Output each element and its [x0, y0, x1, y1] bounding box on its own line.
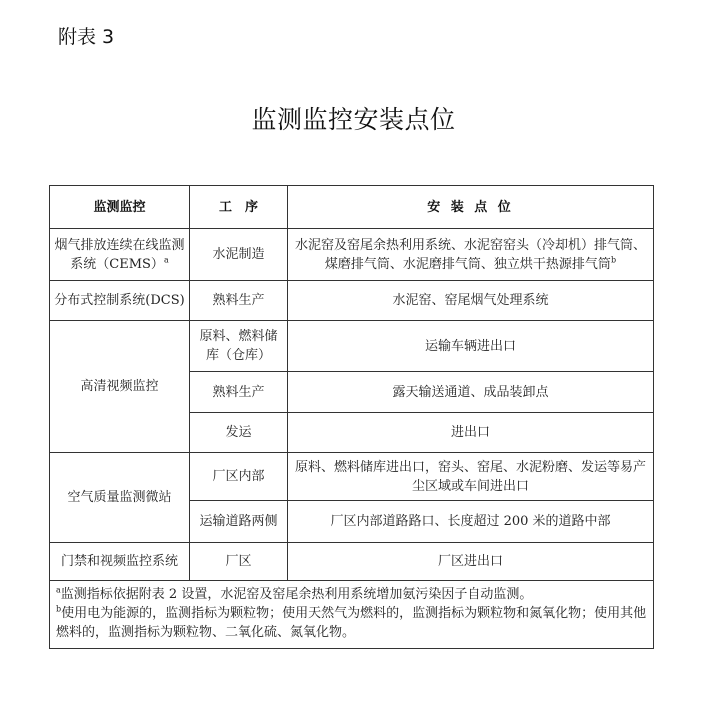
header-process: 工 序 [190, 186, 288, 229]
note-a: a监测指标依据附表 2 设置，水泥窑及窑尾余热利用系统增加氨污染因子自动监测。 [56, 585, 647, 604]
table-row: 分布式控制系统(DCS) 熟料生产 水泥窑、窑尾烟气处理系统 [50, 281, 654, 321]
header-location: 安 装 点 位 [288, 186, 654, 229]
cell-process: 运输道路两侧 [190, 501, 288, 543]
cell-process: 厂区内部 [190, 453, 288, 501]
table-notes-row: a监测指标依据附表 2 设置，水泥窑及窑尾余热利用系统增加氨污染因子自动监测。 … [50, 581, 654, 649]
table-row: 门禁和视频监控系统 厂区 厂区进出口 [50, 543, 654, 581]
header-monitor: 监测监控 [50, 186, 190, 229]
cell-process: 水泥制造 [190, 229, 288, 281]
cell-location: 运输车辆进出口 [288, 321, 654, 372]
cell-monitor: 分布式控制系统(DCS) [50, 281, 190, 321]
cell-process: 原料、燃料储库（仓库） [190, 321, 288, 372]
cell-location: 厂区内部道路路口、长度超过 200 米的道路中部 [288, 501, 654, 543]
monitoring-table: 监测监控 工 序 安 装 点 位 烟气排放连续在线监测系统（CEMS）a 水泥制… [49, 185, 654, 649]
cell-process: 发运 [190, 413, 288, 453]
cell-process: 熟料生产 [190, 281, 288, 321]
cell-location: 原料、燃料储库进出口，窑头、窑尾、水泥粉磨、发运等易产尘区域或车间进出口 [288, 453, 654, 501]
table-header-row: 监测监控 工 序 安 装 点 位 [50, 186, 654, 229]
cell-process: 厂区 [190, 543, 288, 581]
appendix-label: 附表 3 [58, 22, 114, 49]
cell-location: 进出口 [288, 413, 654, 453]
page-title: 监测监控安装点位 [0, 100, 707, 136]
table-row: 空气质量监测微站 厂区内部 原料、燃料储库进出口，窑头、窑尾、水泥粉磨、发运等易… [50, 453, 654, 501]
note-b: b使用电为能源的，监测指标为颗粒物；使用天然气为燃料的，监测指标为颗粒物和氮氧化… [56, 604, 647, 642]
cell-location: 水泥窑、窑尾烟气处理系统 [288, 281, 654, 321]
cell-location: 厂区进出口 [288, 543, 654, 581]
cell-monitor: 高清视频监控 [50, 321, 190, 453]
cell-monitor: 空气质量监测微站 [50, 453, 190, 543]
table-row: 烟气排放连续在线监测系统（CEMS）a 水泥制造 水泥窑及窑尾余热利用系统、水泥… [50, 229, 654, 281]
table-notes: a监测指标依据附表 2 设置，水泥窑及窑尾余热利用系统增加氨污染因子自动监测。 … [50, 581, 654, 649]
table-row: 高清视频监控 原料、燃料储库（仓库） 运输车辆进出口 [50, 321, 654, 372]
cell-location: 水泥窑及窑尾余热利用系统、水泥窑窑头（冷却机）排气筒、煤磨排气筒、水泥磨排气筒、… [288, 229, 654, 281]
cell-process: 熟料生产 [190, 372, 288, 413]
cell-location: 露天输送通道、成品装卸点 [288, 372, 654, 413]
cell-monitor: 烟气排放连续在线监测系统（CEMS）a [50, 229, 190, 281]
cell-monitor: 门禁和视频监控系统 [50, 543, 190, 581]
